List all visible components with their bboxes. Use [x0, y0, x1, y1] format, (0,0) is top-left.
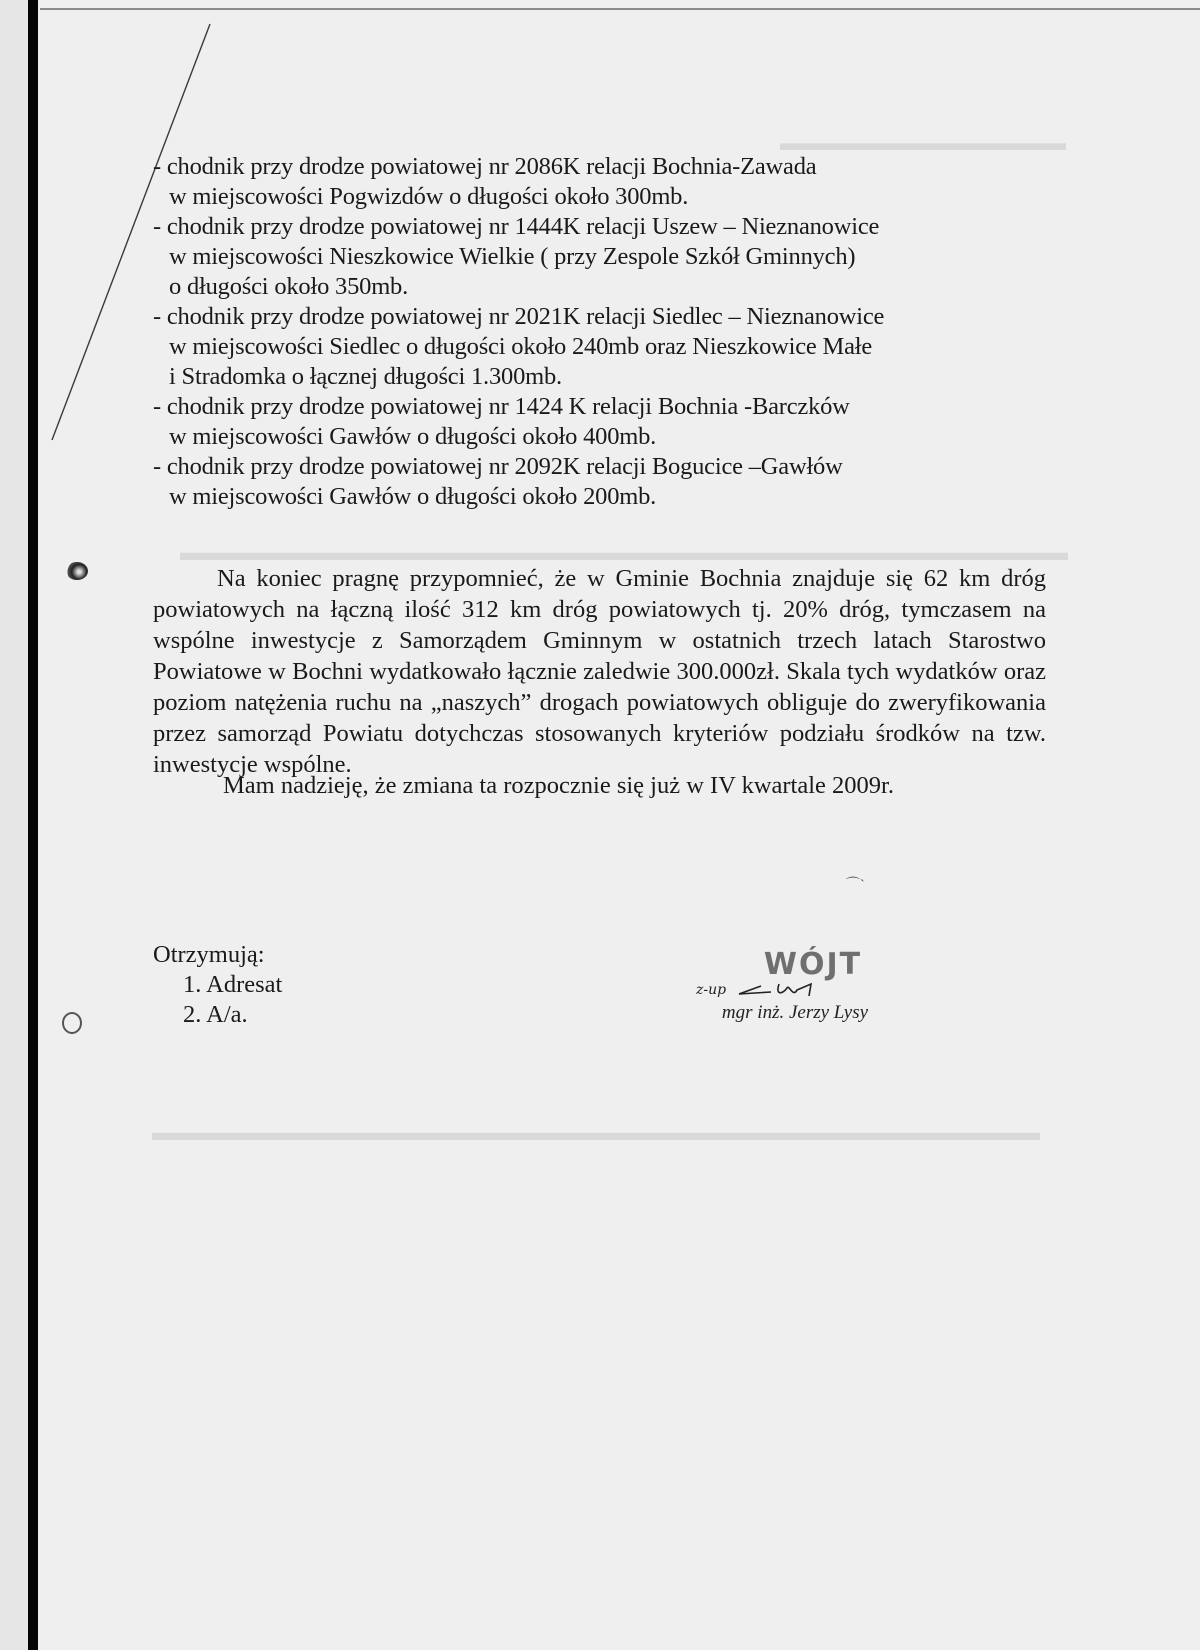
- list-item-line: - chodnik przy drodze powiatowej nr 2021…: [153, 302, 884, 332]
- hope-paragraph: Mam nadzieję, że zmiana ta rozpocznie si…: [153, 770, 1046, 801]
- list-item-line: - chodnik przy drodze powiatowej nr 2092…: [153, 452, 884, 482]
- list-item-line: w miejscowości Nieszkowice Wielkie ( prz…: [153, 242, 884, 272]
- list-item-line: w miejscowości Gawłów o długości około 4…: [153, 422, 884, 452]
- list-item-line: w miejscowości Siedlec o długości około …: [153, 332, 884, 362]
- list-item-line: w miejscowości Pogwizdów o długości okoł…: [153, 182, 884, 212]
- scan-edge-bar: [28, 0, 38, 1650]
- stamp-title: WÓJT: [690, 950, 900, 980]
- signature-block: WÓJT z-up mgr inż. Jerzy Lysy: [690, 950, 900, 1024]
- punch-hole-mark: [62, 1012, 82, 1034]
- recipients-block: Otrzymują: 1. Adresat 2. A/a.: [153, 940, 282, 1030]
- closing-paragraph: Na koniec pragnę przypomnieć, że w Gmini…: [153, 563, 1046, 780]
- list-item-line: o długości około 350mb.: [153, 272, 884, 302]
- sidewalk-list: - chodnik przy drodze powiatowej nr 2086…: [153, 152, 884, 512]
- signature-scribble-icon: [731, 980, 841, 1000]
- handwritten-signature: z-up: [690, 980, 900, 1002]
- recipients-heading: Otrzymują:: [153, 941, 265, 968]
- list-item-line: - chodnik przy drodze powiatowej nr 2086…: [153, 152, 884, 182]
- recipient-item: 2. A/a.: [153, 1000, 282, 1030]
- punch-hole-mark: [66, 562, 88, 580]
- scan-edge-strip: [0, 0, 28, 1650]
- list-item-line: - chodnik przy drodze powiatowej nr 1424…: [153, 392, 884, 422]
- stray-mark: ⌒`: [846, 874, 865, 894]
- signer-name: mgr inż. Jerzy Lysy: [690, 1002, 900, 1024]
- page-top-edge: [40, 8, 1200, 10]
- signature-scribble-text: z-up: [696, 982, 726, 998]
- list-item-line: - chodnik przy drodze powiatowej nr 1444…: [153, 212, 884, 242]
- list-item-line: i Stradomka o łącznej długości 1.300mb.: [153, 362, 884, 392]
- recipient-item: 1. Adresat: [153, 970, 282, 1000]
- list-item-line: w miejscowości Gawłów o długości około 2…: [153, 482, 884, 512]
